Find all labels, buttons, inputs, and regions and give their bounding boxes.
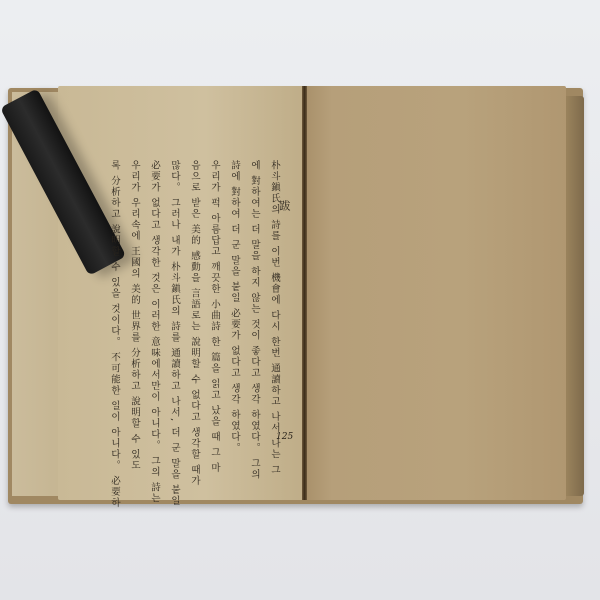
text-column: 우리가 퍽 아름답고 깨끗한 小曲詩 한 篇을 읽고 났을 때 그 마 [208, 160, 220, 440]
text-column: 朴斗鎭氏의 詩를 이번 機會에 다시 한번 通讀하고 나서 나는 그 [268, 160, 280, 440]
text-column: 에 對하여는 더 말을 하지 않는 것이 좋다고 생각 하였다。 그의 [248, 160, 260, 440]
book-spine-gutter [302, 86, 307, 500]
text-column: 必要가 없다고 생각한 것은 이러한 意味에서만이 아니다。 그의 詩는 [148, 160, 160, 440]
text-column: 음으로 받은 美的 感動을 言語로는 說明할 수 없다고 생각할 때가 [188, 160, 200, 440]
text-column: 우리가 우리속에 王國의 美的 世界를 分析하고 說明할 수 있도 [128, 160, 140, 440]
right-page-blank [306, 86, 566, 500]
text-column: 록 分析하고 說明할 수 있을 것이다。 不可能한 일이 아니다。 必要하 [108, 160, 120, 440]
text-column: 詩에 對하여 더 군 말을 붙일 必要가 없다고 생각 하였다。 [228, 160, 240, 440]
text-column: 많다。 그러나 내가 朴斗鎭氏의 詩를 通讀하고 나서, 더 군 말을 붙일 [168, 160, 180, 440]
open-book [8, 86, 588, 506]
page-number: 125 [276, 432, 293, 442]
page-edges [564, 96, 584, 496]
vertical-text-block: 朴斗鎭氏의 詩를 이번 機會에 다시 한번 通讀하고 나서 나는 그 에 對하여… [120, 160, 280, 440]
